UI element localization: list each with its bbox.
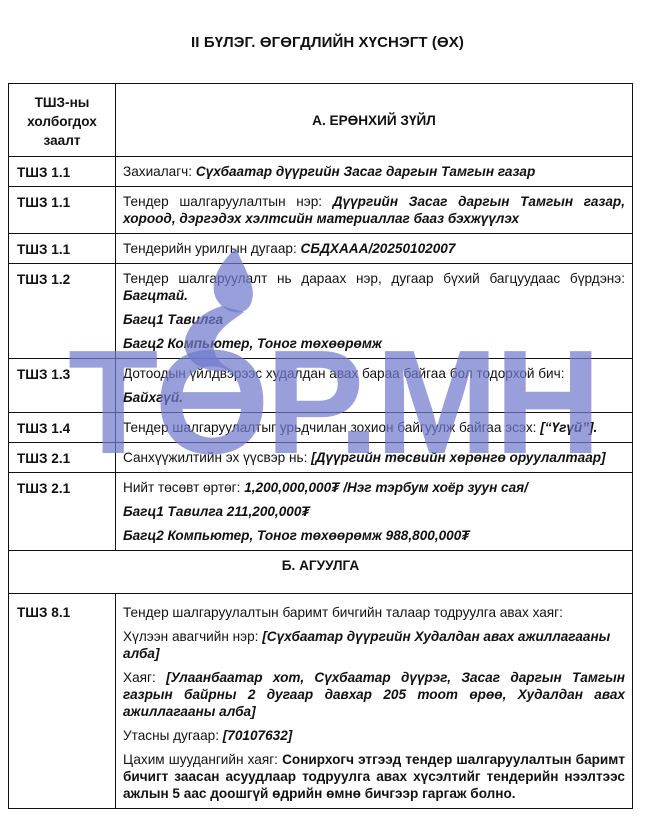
row-value: Багцтай. xyxy=(123,288,188,303)
lot-item: Багц1 Тавилга xyxy=(123,311,625,328)
table-row: ТШЗ 2.1 Санхүүжилтийн эх үүсвэр нь: [Дүү… xyxy=(9,443,633,473)
section-b-row: Б. АГУУЛГА xyxy=(9,551,633,594)
phone-label: Утасны дугаар: xyxy=(123,728,223,743)
row-label: Тендер шалгаруулалт нь дараах нэр, дугаа… xyxy=(123,271,625,286)
row-value: Сүхбаатар дүүргийн Засаг даргын Тамгын г… xyxy=(196,164,535,179)
row-value: [“Үгүй”]. xyxy=(540,420,597,435)
row-ref: ТШЗ 1.1 xyxy=(9,234,116,264)
table-row: ТШЗ 1.1 Тендер шалгаруулалтын нэр: Дүүрг… xyxy=(9,187,633,234)
row-value: 1,200,000,000₮ /Нэг тэрбум хоёр зуун сая… xyxy=(244,480,528,495)
row-ref: ТШЗ 1.1 xyxy=(9,157,116,187)
section-a-title: А. ЕРӨНХИЙ ЗҮЙЛ xyxy=(116,84,633,157)
table-row: ТШЗ 1.2 Тендер шалгаруулалт нь дараах нэ… xyxy=(9,264,633,359)
row-label: Дотоодын үйлдвэрээс худалдан авах бараа … xyxy=(123,365,625,382)
receiver-label: Хүлээн авагчийн нэр: xyxy=(123,629,262,644)
table-row: ТШЗ 1.3 Дотоодын үйлдвэрээс худалдан ава… xyxy=(9,359,633,413)
address-value: [Улаанбаатар хот, Сүхбаатар дүүрэг, Заса… xyxy=(123,670,625,719)
row-value: [Дүүргийн төсвийн хөрөнгө оруулалтаар] xyxy=(311,450,605,465)
row-label: Тендер шалгаруулалтын нэр: xyxy=(123,194,333,209)
address-label: Хаяг: xyxy=(123,670,166,685)
row-label: Санхүүжилтийн эх үүсвэр нь: xyxy=(123,450,311,465)
data-table: ТШЗ-ны холбогдох заалт А. ЕРӨНХИЙ ЗҮЙЛ Т… xyxy=(8,83,633,809)
email-label: Цахим шуудангийн хаяг: xyxy=(123,752,282,767)
row-value: Байхгүй. xyxy=(123,389,625,406)
row-label: Нийт төсөвт өртөг: xyxy=(123,480,244,495)
lot-item: Багц1 Тавилга 211,200,000₮ xyxy=(123,503,625,520)
contact-intro: Тендер шалгаруулалтын баримт бичгийн тал… xyxy=(123,604,625,621)
row-label: Тендер шалгаруулалтыг урьдчилан зохион б… xyxy=(123,420,540,435)
ref-column-header: ТШЗ-ны холбогдох заалт xyxy=(9,84,116,157)
row-label: Тендерийн урилгын дугаар: xyxy=(123,241,301,256)
lot-item: Багц2 Компьютер, Тоног төхөөрөмж xyxy=(123,335,625,352)
table-row: ТШЗ 1.1 Тендерийн урилгын дугаар: СБДХАА… xyxy=(9,234,633,264)
table-header-row: ТШЗ-ны холбогдох заалт А. ЕРӨНХИЙ ЗҮЙЛ xyxy=(9,84,633,157)
row-ref: ТШЗ 2.1 xyxy=(9,443,116,473)
row-value: СБДХААА/20250102007 xyxy=(301,241,456,256)
section-b-title: Б. АГУУЛГА xyxy=(9,551,633,594)
row-ref: ТШЗ 1.1 xyxy=(9,187,116,234)
table-row: ТШЗ 1.4 Тендер шалгаруулалтыг урьдчилан … xyxy=(9,413,633,443)
lot-item: Багц2 Компьютер, Тоног төхөөрөмж 988,800… xyxy=(123,527,625,544)
row-label: Захиалагч: xyxy=(123,164,196,179)
table-row: ТШЗ 2.1 Нийт төсөвт өртөг: 1,200,000,000… xyxy=(9,473,633,551)
table-row: ТШЗ 1.1 Захиалагч: Сүхбаатар дүүргийн За… xyxy=(9,157,633,187)
table-row: ТШЗ 8.1 Тендер шалгаруулалтын баримт бич… xyxy=(9,594,633,809)
row-ref: ТШЗ 2.1 xyxy=(9,473,116,551)
page-title: II БҮЛЭГ. ӨГӨГДЛИЙН ХҮСНЭГТ (ӨХ) xyxy=(0,34,655,51)
row-ref: ТШЗ 1.3 xyxy=(9,359,116,413)
row-ref: ТШЗ 1.2 xyxy=(9,264,116,359)
row-ref: ТШЗ 8.1 xyxy=(9,594,116,809)
row-ref: ТШЗ 1.4 xyxy=(9,413,116,443)
phone-value: [70107632] xyxy=(223,728,293,743)
